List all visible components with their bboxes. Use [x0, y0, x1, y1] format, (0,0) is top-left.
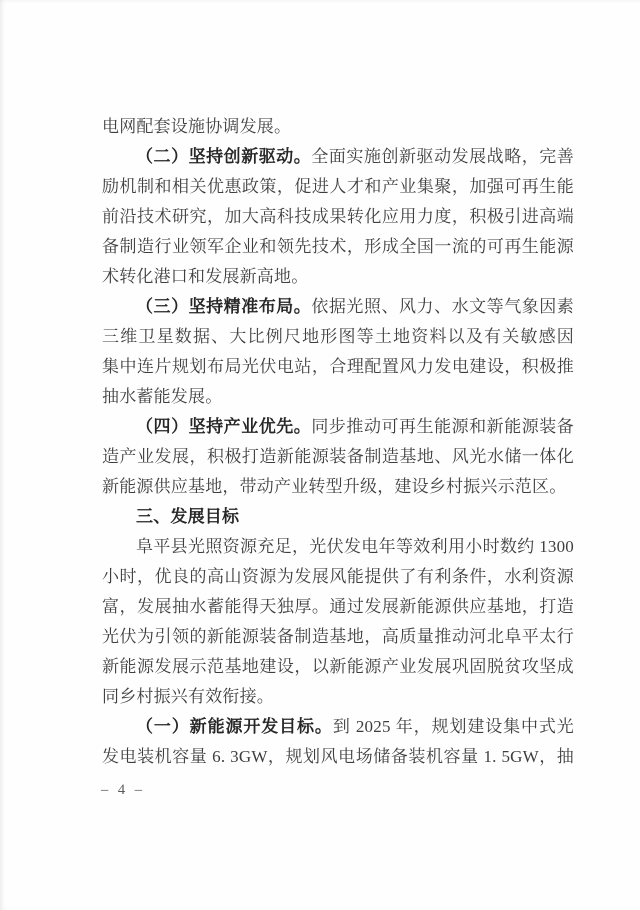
- text-line: 光伏为引领的新能源装备制造基地，高质量推动河北阜平太行山: [102, 622, 574, 652]
- page-footer: – 4 –: [101, 777, 145, 803]
- body-text: 发电装机容量 6. 3GW，规划风电场储备装机容量 1. 5GW，抽水蓄能: [102, 747, 574, 772]
- body-text: 三维卫星数据、大比例尺地形图等土地资料以及有关敏感因素，: [102, 327, 574, 352]
- page-number: – 4 –: [101, 782, 145, 798]
- body-text: 新能源发展示范基地建设，以新能源产业发展巩固脱贫攻坚成果: [102, 657, 574, 682]
- document-page: 电网配套设施协调发展。（二）坚持创新驱动。全面实施创新驱动发展战略，完善激励机制…: [0, 0, 640, 910]
- text-line: 三维卫星数据、大比例尺地形图等土地资料以及有关敏感因素，: [102, 322, 574, 352]
- heading-text: （一）新能源开发目标。: [136, 717, 333, 736]
- text-line: 富，发展抽水蓄能得天独厚。通过发展新能源供应基地，打造以: [102, 592, 574, 622]
- body-text: 阜平县光照资源充足，光伏发电年等效利用小时数约 1300: [136, 537, 574, 556]
- text-line: 三、发展目标: [102, 502, 574, 532]
- text-line: 同乡村振兴有效衔接。: [102, 682, 574, 712]
- text-line: （四）坚持产业优先。同步推动可再生能源和新能源装备制: [102, 412, 574, 442]
- body-text: 前沿技术研究，加大高科技成果转化应用力度，积极引进高端装: [102, 207, 574, 232]
- text-line: 新能源发展示范基地建设，以新能源产业发展巩固脱贫攻坚成果: [102, 652, 574, 682]
- text-line: 阜平县光照资源充足，光伏发电年等效利用小时数约 1300: [102, 532, 574, 562]
- text-line: 小时，优良的高山资源为发展风能提供了有利条件，水利资源丰: [102, 562, 574, 592]
- heading-text: （二）坚持创新驱动。: [136, 147, 311, 166]
- text-line: 电网配套设施协调发展。: [102, 112, 574, 142]
- text-line: （二）坚持创新驱动。全面实施创新驱动发展战略，完善激: [102, 142, 574, 172]
- text-line: （三）坚持精准布局。依据光照、风力、水文等气象因素和: [102, 292, 574, 322]
- body-text: 集中连片规划布局光伏电站，合理配置风力发电建设，积极推动: [102, 357, 574, 382]
- body-text: 新能源供应基地，带动产业转型升级，建设乡村振兴示范区。: [102, 477, 566, 496]
- body-text: 励机制和相关优惠政策，促进人才和产业集聚，加强可再生能源: [102, 177, 574, 202]
- text-line: 发电装机容量 6. 3GW，规划风电场储备装机容量 1. 5GW，抽水蓄能: [102, 742, 574, 772]
- text-line: （一）新能源开发目标。到 2025 年，规划建设集中式光伏: [102, 712, 574, 742]
- text-line: 集中连片规划布局光伏电站，合理配置风力发电建设，积极推动: [102, 352, 574, 382]
- body-text: 光伏为引领的新能源装备制造基地，高质量推动河北阜平太行山: [102, 627, 574, 652]
- heading-text: 三、发展目标: [136, 507, 239, 526]
- heading-text: （四）坚持产业优先。: [136, 417, 311, 436]
- text-line: 抽水蓄能发展。: [102, 382, 574, 412]
- body-text: 富，发展抽水蓄能得天独厚。通过发展新能源供应基地，打造以: [102, 597, 574, 622]
- text-line: 新能源供应基地，带动产业转型升级，建设乡村振兴示范区。: [102, 472, 574, 502]
- text-line: 造产业发展，积极打造新能源装备制造基地、风光水储一体化的: [102, 442, 574, 472]
- heading-text: （三）坚持精准布局。: [136, 297, 311, 316]
- body-text: 同乡村振兴有效衔接。: [102, 687, 274, 706]
- body-text: 电网配套设施协调发展。: [102, 117, 291, 136]
- text-line: 励机制和相关优惠政策，促进人才和产业集聚，加强可再生能源: [102, 172, 574, 202]
- body-text: 抽水蓄能发展。: [102, 387, 222, 406]
- text-line: 术转化港口和发展新高地。: [102, 262, 574, 292]
- body-text: 小时，优良的高山资源为发展风能提供了有利条件，水利资源丰: [102, 567, 574, 592]
- text-line: 前沿技术研究，加大高科技成果转化应用力度，积极引进高端装: [102, 202, 574, 232]
- body-text: 术转化港口和发展新高地。: [102, 267, 308, 286]
- text-line: 备制造行业领军企业和领先技术，形成全国一流的可再生能源技: [102, 232, 574, 262]
- body-text: 造产业发展，积极打造新能源装备制造基地、风光水储一体化的: [102, 447, 574, 472]
- document-body: 电网配套设施协调发展。（二）坚持创新驱动。全面实施创新驱动发展战略，完善激励机制…: [102, 112, 574, 772]
- body-text: 备制造行业领军企业和领先技术，形成全国一流的可再生能源技: [102, 237, 574, 262]
